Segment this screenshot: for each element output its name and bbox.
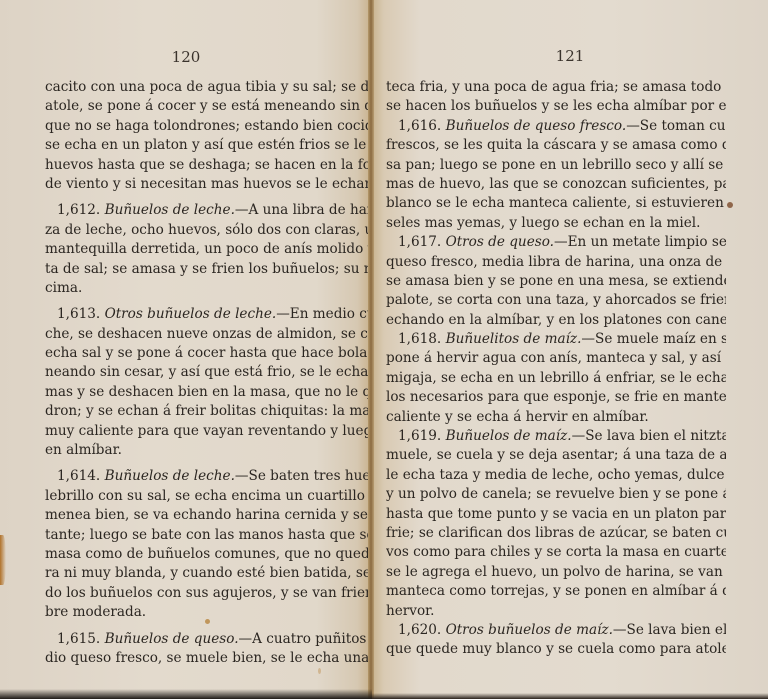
- text-line: dio queso fresco, se muele bien, se le e…: [45, 649, 375, 668]
- recipe-number: 1,619.: [398, 428, 441, 444]
- text-line: se amasa bien y se pone en una mesa, se …: [386, 272, 726, 291]
- text-line: los necesarios para que esponje, se frie…: [386, 388, 726, 407]
- recipe-text: —En un metate limpio se muele el: [554, 234, 726, 250]
- left-page-text: cacito con una poca de agua tibia y su s…: [45, 78, 375, 668]
- text-line: tante; luego se bate con las manos hasta…: [45, 526, 375, 545]
- recipe-text: —Se muele maíz en seco, se: [581, 331, 726, 347]
- recipe-number: 1,618.: [398, 331, 441, 347]
- recipe-heading-line: 1,615. Buñuelos de queso.—A cuatro puñit…: [45, 630, 375, 649]
- text-line: atole, se pone á cocer y se está meneand…: [45, 97, 375, 116]
- text-line: pone á hervir agua con anís, manteca y s…: [386, 349, 726, 368]
- text-line: se echa en un platon y así que estén fri…: [45, 136, 375, 155]
- text-line: caliente y se echa á hervir en almíbar.: [386, 408, 726, 427]
- page-shadow: [0, 689, 372, 699]
- text-line: frescos, se les quita la cáscara y se am…: [386, 136, 726, 155]
- page-number-right: 121: [372, 47, 768, 65]
- recipe-title: Buñuelos de leche.: [105, 202, 235, 218]
- text-line: che, se deshacen nueve onzas de almidon,…: [45, 325, 375, 344]
- text-line: ra ni muy blanda, y cuando esté bien bat…: [45, 564, 375, 583]
- recipe-heading-line: 1,614. Buñuelos de leche.—Se baten tres …: [45, 467, 375, 486]
- recipe-number: 1,620.: [398, 622, 441, 638]
- recipe-text: —En medio cuartillo de le-: [276, 306, 375, 322]
- text-line: migaja, se echa en un lebrillo á enfriar…: [386, 369, 726, 388]
- recipe-text: —A cuatro puñitos de harina me-: [239, 631, 375, 647]
- edge-stain: [0, 535, 6, 585]
- text-line: le echa taza y media de leche, ocho yema…: [386, 466, 726, 485]
- text-line: que no se haga tolondrones; estando bien…: [45, 117, 375, 136]
- recipe-title: Buñuelos de maíz.: [446, 428, 572, 444]
- text-line: mantequilla derretida, un poco de anís m…: [45, 240, 375, 259]
- recipe-title: Otros de queso.: [446, 234, 554, 250]
- text-line: mas y se deshacen bien en la masa, que n…: [45, 383, 375, 402]
- recipe-title: Buñuelos de queso.: [105, 631, 239, 647]
- recipe-number: 1,616.: [398, 118, 441, 134]
- recipe-heading-line: 1,617. Otros de queso.—En un metate limp…: [386, 233, 726, 252]
- text-line: frie; se clarifican dos libras de azúcar…: [386, 524, 726, 543]
- text-line: masa como de buñuelos comunes, que no qu…: [45, 545, 375, 564]
- recipe-title: Otros buñuelos de maíz.: [446, 622, 613, 638]
- text-line: blanco se le echa manteca caliente, si e…: [386, 194, 726, 213]
- text-line: queso fresco, media libra de harina, una…: [386, 253, 726, 272]
- recipe-number: 1,614.: [57, 468, 100, 484]
- text-line: de viento y si necesitan mas huevos se l…: [45, 175, 375, 194]
- text-line: lebrillo con su sal, se echa encima un c…: [45, 487, 375, 506]
- text-line: que quede muy blanco y se cuela como par…: [386, 640, 726, 659]
- text-line: bre moderada.: [45, 603, 375, 622]
- recipe-title: Otros buñuelos de leche.: [105, 306, 277, 322]
- text-line: menea bien, se va echando harina cernida…: [45, 506, 375, 525]
- text-line: hervor.: [386, 602, 726, 621]
- text-line: vos como para chiles y se corta la masa …: [386, 543, 726, 562]
- text-line: echa sal y se pone á cocer hasta que hac…: [45, 344, 375, 363]
- recipe-heading-line: 1,618. Buñuelitos de maíz.—Se muele maíz…: [386, 330, 726, 349]
- text-line: sa pan; luego se pone en un lebrillo sec…: [386, 156, 726, 175]
- text-line: cima.: [45, 279, 375, 298]
- book-gutter: [368, 0, 374, 699]
- text-line: se hacen los buñuelos y se les echa almí…: [386, 97, 726, 116]
- recipe-text: —Se lava bien el nitztamal, se: [572, 428, 726, 444]
- text-line: za de leche, ocho huevos, sólo dos con c…: [45, 221, 375, 240]
- open-book: 120 cacito con una poca de agua tibia y …: [0, 0, 768, 699]
- text-line: y un polvo de canela; se revuelve bien y…: [386, 485, 726, 504]
- text-line: dron; y se echan á freir bolitas chiquit…: [45, 402, 375, 421]
- text-line: manteca como torrejas, y se ponen en alm…: [386, 582, 726, 601]
- foxing-spot: [727, 202, 733, 208]
- text-line: seles mas yemas, y luego se echan en la …: [386, 214, 726, 233]
- recipe-heading-line: 1,619. Buñuelos de maíz.—Se lava bien el…: [386, 427, 726, 446]
- text-line: cacito con una poca de agua tibia y su s…: [45, 78, 375, 97]
- recipe-number: 1,613.: [57, 306, 100, 322]
- text-line: huevos hasta que se deshaga; se hacen en…: [45, 156, 375, 175]
- text-line: muy caliente para que vayan reventando y…: [45, 422, 375, 441]
- text-line: do los buñuelos con sus agujeros, y se v…: [45, 584, 375, 603]
- recipe-number: 1,617.: [398, 234, 441, 250]
- recipe-title: Buñuelos de leche.: [105, 468, 235, 484]
- recipe-title: Buñuelitos de maíz.: [446, 331, 582, 347]
- text-line: hasta que tome punto y se vacia en un pl…: [386, 505, 726, 524]
- text-line: ta de sal; se amasa y se frien los buñue…: [45, 260, 375, 279]
- text-line: se le agrega el huevo, un polvo de harin…: [386, 563, 726, 582]
- left-page: 120 cacito con una poca de agua tibia y …: [0, 0, 372, 699]
- recipe-title: Buñuelos de queso fresco.: [446, 118, 627, 134]
- text-line: teca fria, y una poca de agua fria; se a…: [386, 78, 726, 97]
- recipe-heading-line: 1,613. Otros buñuelos de leche.—En medio…: [45, 305, 375, 324]
- recipe-heading-line: 1,616. Buñuelos de queso fresco.—Se toma…: [386, 117, 726, 136]
- right-page-text: teca fria, y una poca de agua fria; se a…: [386, 78, 726, 660]
- text-line: mas de huevo, las que se conozcan sufici…: [386, 175, 726, 194]
- recipe-heading-line: 1,612. Buñuelos de leche.—A una libra de…: [45, 201, 375, 220]
- recipe-text: —Se toman cuatro quesos: [626, 118, 726, 134]
- text-line: muele, se cuela y se deja asentar; á una…: [386, 446, 726, 465]
- text-line: neando sin cesar, y así que está frio, s…: [45, 363, 375, 382]
- recipe-text: —A una libra de harina una ta-: [235, 202, 375, 218]
- text-line: echando en la almíbar, y en los platones…: [386, 311, 726, 330]
- recipe-heading-line: 1,620. Otros buñuelos de maíz.—Se lava b…: [386, 621, 726, 640]
- page-number-left: 120: [0, 48, 372, 66]
- foxing-spot: [205, 619, 210, 624]
- recipe-number: 1,612.: [57, 202, 100, 218]
- text-line: en almíbar.: [45, 441, 375, 460]
- text-line: palote, se corta con una taza, y ahorcad…: [386, 291, 726, 310]
- recipe-number: 1,615.: [57, 631, 100, 647]
- recipe-text: —Se lava bien el maíz á: [613, 622, 726, 638]
- foxing-spot: [318, 668, 321, 674]
- right-page: 121 teca fria, y una poca de agua fria; …: [372, 0, 768, 699]
- recipe-text: —Se baten tres huevos en un: [235, 468, 375, 484]
- page-shadow: [372, 693, 768, 699]
